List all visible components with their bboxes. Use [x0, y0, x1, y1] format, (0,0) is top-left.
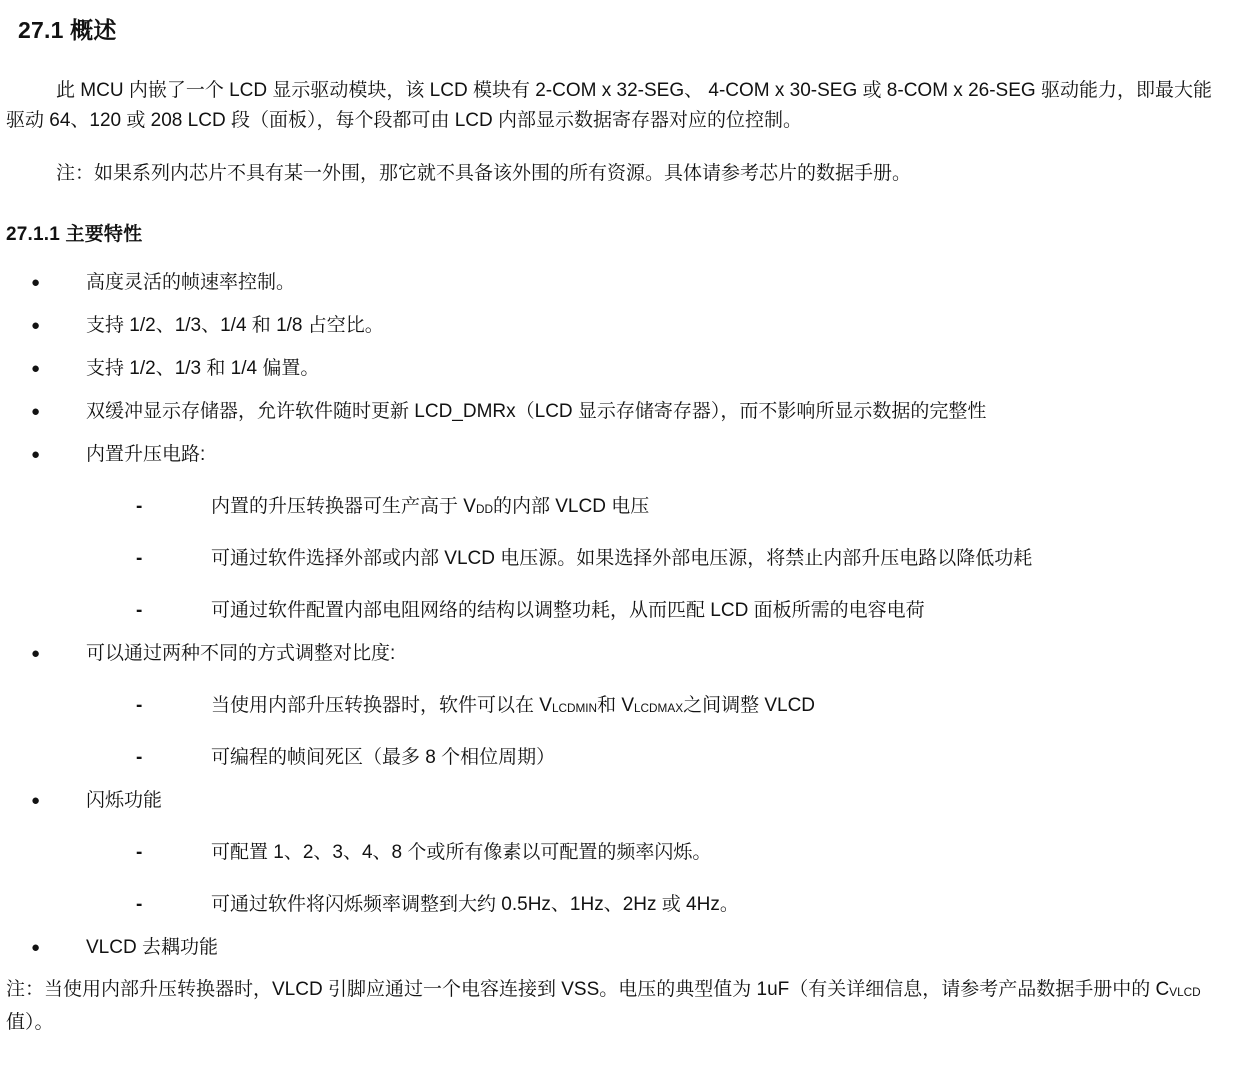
dash-icon: - [136, 890, 142, 920]
feature-item: ●支持 1/2、1/3 和 1/4 偏置。 [6, 354, 1224, 384]
feature-subitem: -可通过软件选择外部或内部 VLCD 电压源。如果选择外部电压源，将禁止内部升压… [6, 544, 1224, 574]
intro-paragraph: 此 MCU 内嵌了一个 LCD 显示驱动模块，该 LCD 模块有 2-COM x… [6, 76, 1224, 136]
feature-text: 可配置 1、2、3、4、8 个或所有像素以可配置的频率闪烁。 [211, 842, 711, 863]
feature-text: 可编程的帧间死区（最多 8 个相位周期） [211, 747, 555, 768]
feature-text: 支持 1/2、1/3 和 1/4 偏置。 [86, 358, 319, 379]
footer-note-paragraph: 注：当使用内部升压转换器时，VLCD 引脚应通过一个电容连接到 VSS。电压的典… [6, 973, 1224, 1039]
feature-text: 闪烁功能 [86, 790, 162, 811]
feature-text: 可通过软件将闪烁频率调整到大约 0.5Hz、1Hz、2Hz 或 4Hz。 [211, 894, 739, 915]
feature-text: 内置升压电路: [86, 444, 205, 465]
bullet-icon: ● [31, 933, 40, 963]
feature-subitem: -可配置 1、2、3、4、8 个或所有像素以可配置的频率闪烁。 [6, 838, 1224, 868]
feature-text: VLCD 去耦功能 [86, 937, 218, 958]
feature-item: ●支持 1/2、1/3、1/4 和 1/8 占空比。 [6, 311, 1224, 341]
dash-icon: - [136, 596, 142, 626]
feature-subitem: -可编程的帧间死区（最多 8 个相位周期） [6, 743, 1224, 773]
dash-icon: - [136, 544, 142, 574]
feature-text: 双缓冲显示存储器，允许软件随时更新 LCD_DMRx（LCD 显示存储寄存器），… [86, 401, 986, 422]
feature-text: 高度灵活的帧速率控制。 [86, 272, 295, 293]
features-list: ●高度灵活的帧速率控制。●支持 1/2、1/3、1/4 和 1/8 占空比。●支… [6, 268, 1224, 963]
dash-icon: - [136, 691, 142, 721]
bullet-icon: ● [31, 786, 40, 816]
feature-item: ●内置升压电路: [6, 440, 1224, 470]
dash-icon: - [136, 743, 142, 773]
bullet-icon: ● [31, 311, 40, 341]
feature-item: ●闪烁功能 [6, 786, 1224, 816]
dash-icon: - [136, 838, 142, 868]
document-page: 27.1 概述 此 MCU 内嵌了一个 LCD 显示驱动模块，该 LCD 模块有… [0, 0, 1234, 1071]
feature-text: 可以通过两种不同的方式调整对比度: [86, 643, 395, 664]
feature-subitem: -可通过软件将闪烁频率调整到大约 0.5Hz、1Hz、2Hz 或 4Hz。 [6, 890, 1224, 920]
bullet-icon: ● [31, 354, 40, 384]
feature-item: ●双缓冲显示存储器，允许软件随时更新 LCD_DMRx（LCD 显示存储寄存器）… [6, 397, 1224, 427]
feature-item: ●可以通过两种不同的方式调整对比度: [6, 639, 1224, 669]
feature-item: ●VLCD 去耦功能 [6, 933, 1224, 963]
note-paragraph: 注：如果系列内芯片不具有某一外围，那它就不具备该外围的所有资源。具体请参考芯片的… [6, 159, 1224, 189]
subsection-heading: 27.1.1 主要特性 [6, 219, 1224, 246]
bullet-icon: ● [31, 639, 40, 669]
feature-subitem: -当使用内部升压转换器时，软件可以在 VLCDMIN和 VLCDMAX之间调整 … [6, 691, 1224, 721]
bullet-icon: ● [31, 397, 40, 427]
feature-text: 内置的升压转换器可生产高于 VDD的内部 VLCD 电压 [211, 496, 649, 517]
bullet-icon: ● [31, 268, 40, 298]
feature-text: 可通过软件配置内部电阻网络的结构以调整功耗，从而匹配 LCD 面板所需的电容电荷 [211, 600, 925, 621]
feature-text: 当使用内部升压转换器时，软件可以在 VLCDMIN和 VLCDMAX之间调整 V… [211, 695, 815, 716]
bullet-icon: ● [31, 440, 40, 470]
feature-item: ●高度灵活的帧速率控制。 [6, 268, 1224, 298]
feature-subitem: -内置的升压转换器可生产高于 VDD的内部 VLCD 电压 [6, 492, 1224, 522]
dash-icon: - [136, 492, 142, 522]
feature-text: 支持 1/2、1/3、1/4 和 1/8 占空比。 [86, 315, 384, 336]
section-heading: 27.1 概述 [6, 0, 1224, 45]
feature-subitem: -可通过软件配置内部电阻网络的结构以调整功耗，从而匹配 LCD 面板所需的电容电… [6, 596, 1224, 626]
feature-text: 可通过软件选择外部或内部 VLCD 电压源。如果选择外部电压源，将禁止内部升压电… [211, 548, 1032, 569]
